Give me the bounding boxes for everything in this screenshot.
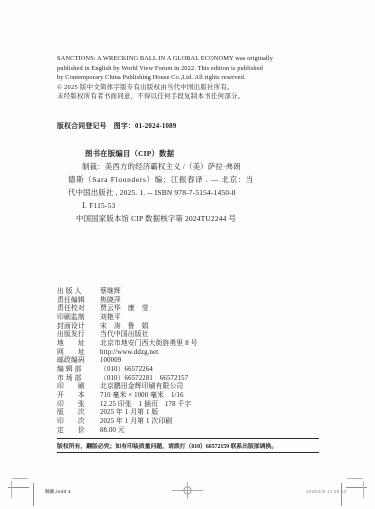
copyright-notice-line: published in English by World View Forum… <box>57 64 329 74</box>
colophon-row: 印 张12.25 印张 1 插页 178 千字 <box>57 401 327 410</box>
row-value: 12.25 印张 1 插页 178 千字 <box>100 401 327 410</box>
copyright-notice-line: by Contemporary China Publishing House C… <box>57 73 329 83</box>
crop-mark-bottom-left-vertical <box>33 483 34 506</box>
copyright-notice-line: SANCTIONS: A WRECKING BALL IN A GLOBAL E… <box>57 54 329 64</box>
colophon-row: 市 场 部（010）66572281 66572157 <box>57 375 327 384</box>
cip-line: 制裁：美西方的经济霸权主义 /（美）萨拉·弗朗 <box>82 160 254 173</box>
crop-mark-bottom-left-outer-horizontal <box>12 478 28 479</box>
row-value: 88.00 元 <box>100 427 327 436</box>
row-value: 2025 年 1 月第 1 版 <box>100 409 327 418</box>
row-label: 市 场 部 <box>57 375 100 384</box>
colophon-row: 定 价88.00 元 <box>57 427 327 436</box>
row-label: 版 次 <box>57 409 100 418</box>
row-label: 出 版 人 <box>57 288 100 297</box>
row-value: 宋 涛 鲁 娟 <box>100 323 327 332</box>
proof-filename: 制裁.indd 4 <box>45 489 71 495</box>
colophon-row: 出版发行当代中国出版社 <box>57 331 327 340</box>
row-label: 出版发行 <box>57 331 100 340</box>
row-value: （010）66572264 <box>100 366 327 375</box>
crop-mark-bottom-left-outer-vertical <box>11 481 12 498</box>
cip-data-block: 图书在版编目（CIP）数据 制裁：美西方的经济霸权主义 /（美）萨拉·弗朗 德斯… <box>68 147 254 226</box>
colophon-row: 开 本710 毫米 × 1000 毫米 1/16 <box>57 392 327 401</box>
row-label: 网 址 <box>57 349 100 358</box>
row-label: 编 辑 部 <box>57 366 100 375</box>
row-value: 贾云华 康 莹 <box>100 305 327 314</box>
copyright-notice-line: 未经版权所有者书面同意，不得以任何手段复制本书任何部分。 <box>57 92 329 102</box>
cip-line: 代中国出版社 , 2025. 1. -- ISBN 978-7-5154-145… <box>68 186 254 199</box>
row-value: 北京鹏田金辉印刷有限公司 <box>100 383 327 392</box>
colophon-row: 出 版 人蔡继辉 <box>57 288 327 297</box>
colophon-row: 印刷监制刘艳平 <box>57 314 327 323</box>
row-label: 责任校对 <box>57 305 100 314</box>
row-label: 地 址 <box>57 340 100 349</box>
book-copyright-page: SANCTIONS: A WRECKING BALL IN A GLOBAL E… <box>0 0 375 509</box>
row-label: 定 价 <box>57 427 100 436</box>
cip-record-number: 中国国家版本馆 CIP 数据核字第 2024TU2244 号 <box>76 212 254 225</box>
row-value: 100009 <box>100 357 327 366</box>
cip-classification: Ⅰ. F115-53 <box>82 199 254 212</box>
cip-title: 图书在版编目（CIP）数据 <box>85 147 254 160</box>
row-label: 责任编辑 <box>57 297 100 306</box>
row-value: 焦晓萍 <box>100 297 327 306</box>
crop-mark-bottom-right-outer-vertical <box>363 481 364 498</box>
row-label: 开 本 <box>57 392 100 401</box>
license-registration-number: 版权合同登记号 图字：01-2024-1089 <box>57 120 176 130</box>
cip-line: 德斯（Sara Flounders）编；江振春译 . — 北京：当 <box>68 173 254 186</box>
colophon-row: 印 刷北京鹏田金辉印刷有限公司 <box>57 383 327 392</box>
colophon-row: 网 址http://www.ddzg.net <box>57 349 327 358</box>
crop-mark-bottom-right-outer-horizontal <box>347 478 363 479</box>
row-label: 邮政编码 <box>57 357 100 366</box>
colophon-row: 编 辑 部（010）66572264 <box>57 366 327 375</box>
colophon-row: 版 次2025 年 1 月第 1 版 <box>57 409 327 418</box>
row-label: 印 张 <box>57 401 100 410</box>
colophon-row: 邮政编码100009 <box>57 357 327 366</box>
copyright-notice-line: © 2025 版中文简体字版专有出版权由当代中国出版社所有。 <box>57 83 329 93</box>
row-value: 蔡继辉 <box>100 288 327 297</box>
row-label: 印刷监制 <box>57 314 100 323</box>
registration-mark-icon <box>172 482 203 504</box>
row-label: 封面设计 <box>57 323 100 332</box>
colophon-row: 责任编辑焦晓萍 <box>57 297 327 306</box>
row-value: 2025 年 1 月第 1 次印刷 <box>100 418 327 427</box>
row-value: 北京市地安门西大街旌勇里 8 号 <box>100 340 327 349</box>
row-value: （010）66572281 66572157 <box>100 375 327 384</box>
publisher-url: http://www.ddzg.net <box>100 349 327 358</box>
colophon-row: 责任校对贾云华 康 莹 <box>57 305 327 314</box>
quality-notice-bar: 版权所有，翻版必究；如有印装质量问题，请拨打（010）66572159 联系出版… <box>57 438 319 453</box>
row-label: 印 刷 <box>57 383 100 392</box>
row-value: 当代中国出版社 <box>100 331 327 340</box>
row-label: 印 次 <box>57 418 100 427</box>
row-value: 710 毫米 × 1000 毫米 1/16 <box>100 392 327 401</box>
colophon-row: 封面设计宋 涛 鲁 娟 <box>57 323 327 332</box>
colophon: 出 版 人蔡继辉 责任编辑焦晓萍 责任校对贾云华 康 莹 印刷监制刘艳平 封面设… <box>57 288 327 435</box>
copyright-notice: SANCTIONS: A WRECKING BALL IN A GLOBAL E… <box>57 54 329 102</box>
row-value: 刘艳平 <box>100 314 327 323</box>
colophon-row: 地 址北京市地安门西大街旌勇里 8 号 <box>57 340 327 349</box>
crop-mark-bottom-right-vertical <box>341 483 342 506</box>
colophon-row: 印 次2025 年 1 月第 1 次印刷 <box>57 418 327 427</box>
